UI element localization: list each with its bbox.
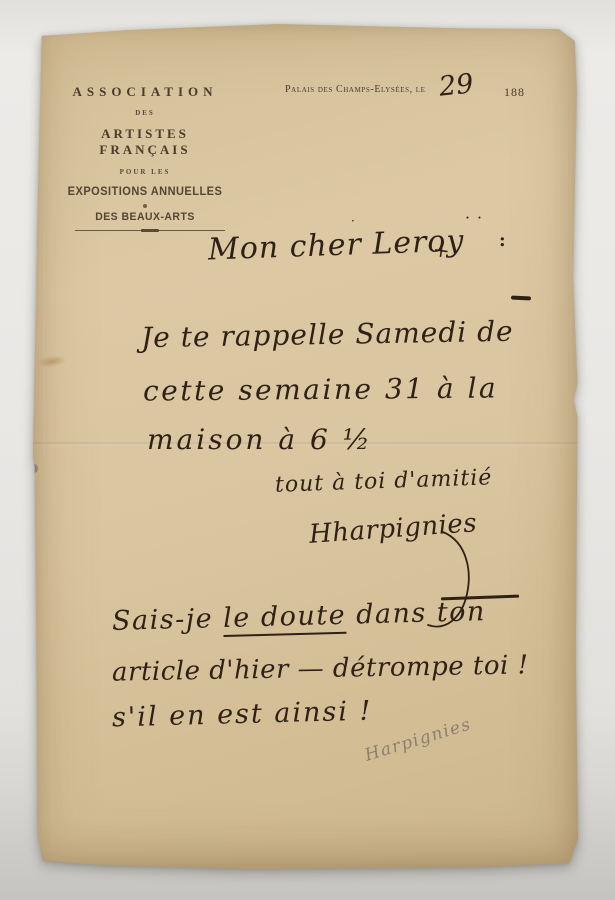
letterhead-rule-ornament (141, 229, 159, 232)
letterhead-ornament-dot (143, 204, 147, 208)
ink-mark-cross: + (431, 237, 451, 263)
printed-dateline: Palais des Champs-Elysées, le (285, 84, 426, 95)
letterhead-association: ASSOCIATION (55, 84, 235, 100)
letterhead-des: DES (55, 109, 235, 117)
postscript-post: dans ton (346, 596, 487, 631)
body-line-3: maison à 6 ½ (147, 423, 373, 456)
salutation: Mon cher Leroy (207, 224, 464, 268)
closing-line: tout à toi d'amitié (275, 465, 493, 498)
rust-stain (36, 354, 67, 369)
letterhead: ASSOCIATION DES ARTISTES FRANÇAIS POUR L… (55, 84, 235, 223)
postscript-line-2: article d'hier — détrompe toi ! (112, 650, 529, 687)
paper-shadow: ASSOCIATION DES ARTISTES FRANÇAIS POUR L… (33, 24, 578, 869)
postscript-line-3: s'il en est ainsi ! (112, 696, 373, 734)
postscript-underlined: le doute (223, 600, 347, 637)
letterhead-pour-les: POUR LES (55, 168, 235, 176)
letterhead-des-beaux-arts: DES BEAUX-ARTS (60, 211, 231, 223)
handwritten-day: 29 (437, 68, 474, 102)
ink-mark-colon: : (499, 230, 506, 251)
letterhead-rule (75, 230, 225, 231)
letterhead-artistes-francais: ARTISTES FRANÇAIS (55, 126, 235, 158)
body-line-2: cette semaine 31 à la (143, 371, 498, 407)
body-line-1: Je te rappelle Samedi de (141, 315, 514, 354)
purple-stain (31, 464, 38, 473)
ink-mark-dots: ˙˙ (463, 214, 487, 235)
pencil-signature-annotation: Harpignies (362, 714, 473, 765)
postscript-pre: Sais-je (112, 603, 224, 637)
photograph-background: ASSOCIATION DES ARTISTES FRANÇAIS POUR L… (0, 0, 615, 900)
letter-paper: ASSOCIATION DES ARTISTES FRANÇAIS POUR L… (33, 24, 578, 869)
letterhead-expositions-annuelles: EXPOSITIONS ANNUELLES (62, 184, 228, 198)
ink-mark-dash (511, 295, 531, 300)
printed-year: 188 (504, 85, 525, 100)
ink-speck: · (351, 214, 355, 228)
